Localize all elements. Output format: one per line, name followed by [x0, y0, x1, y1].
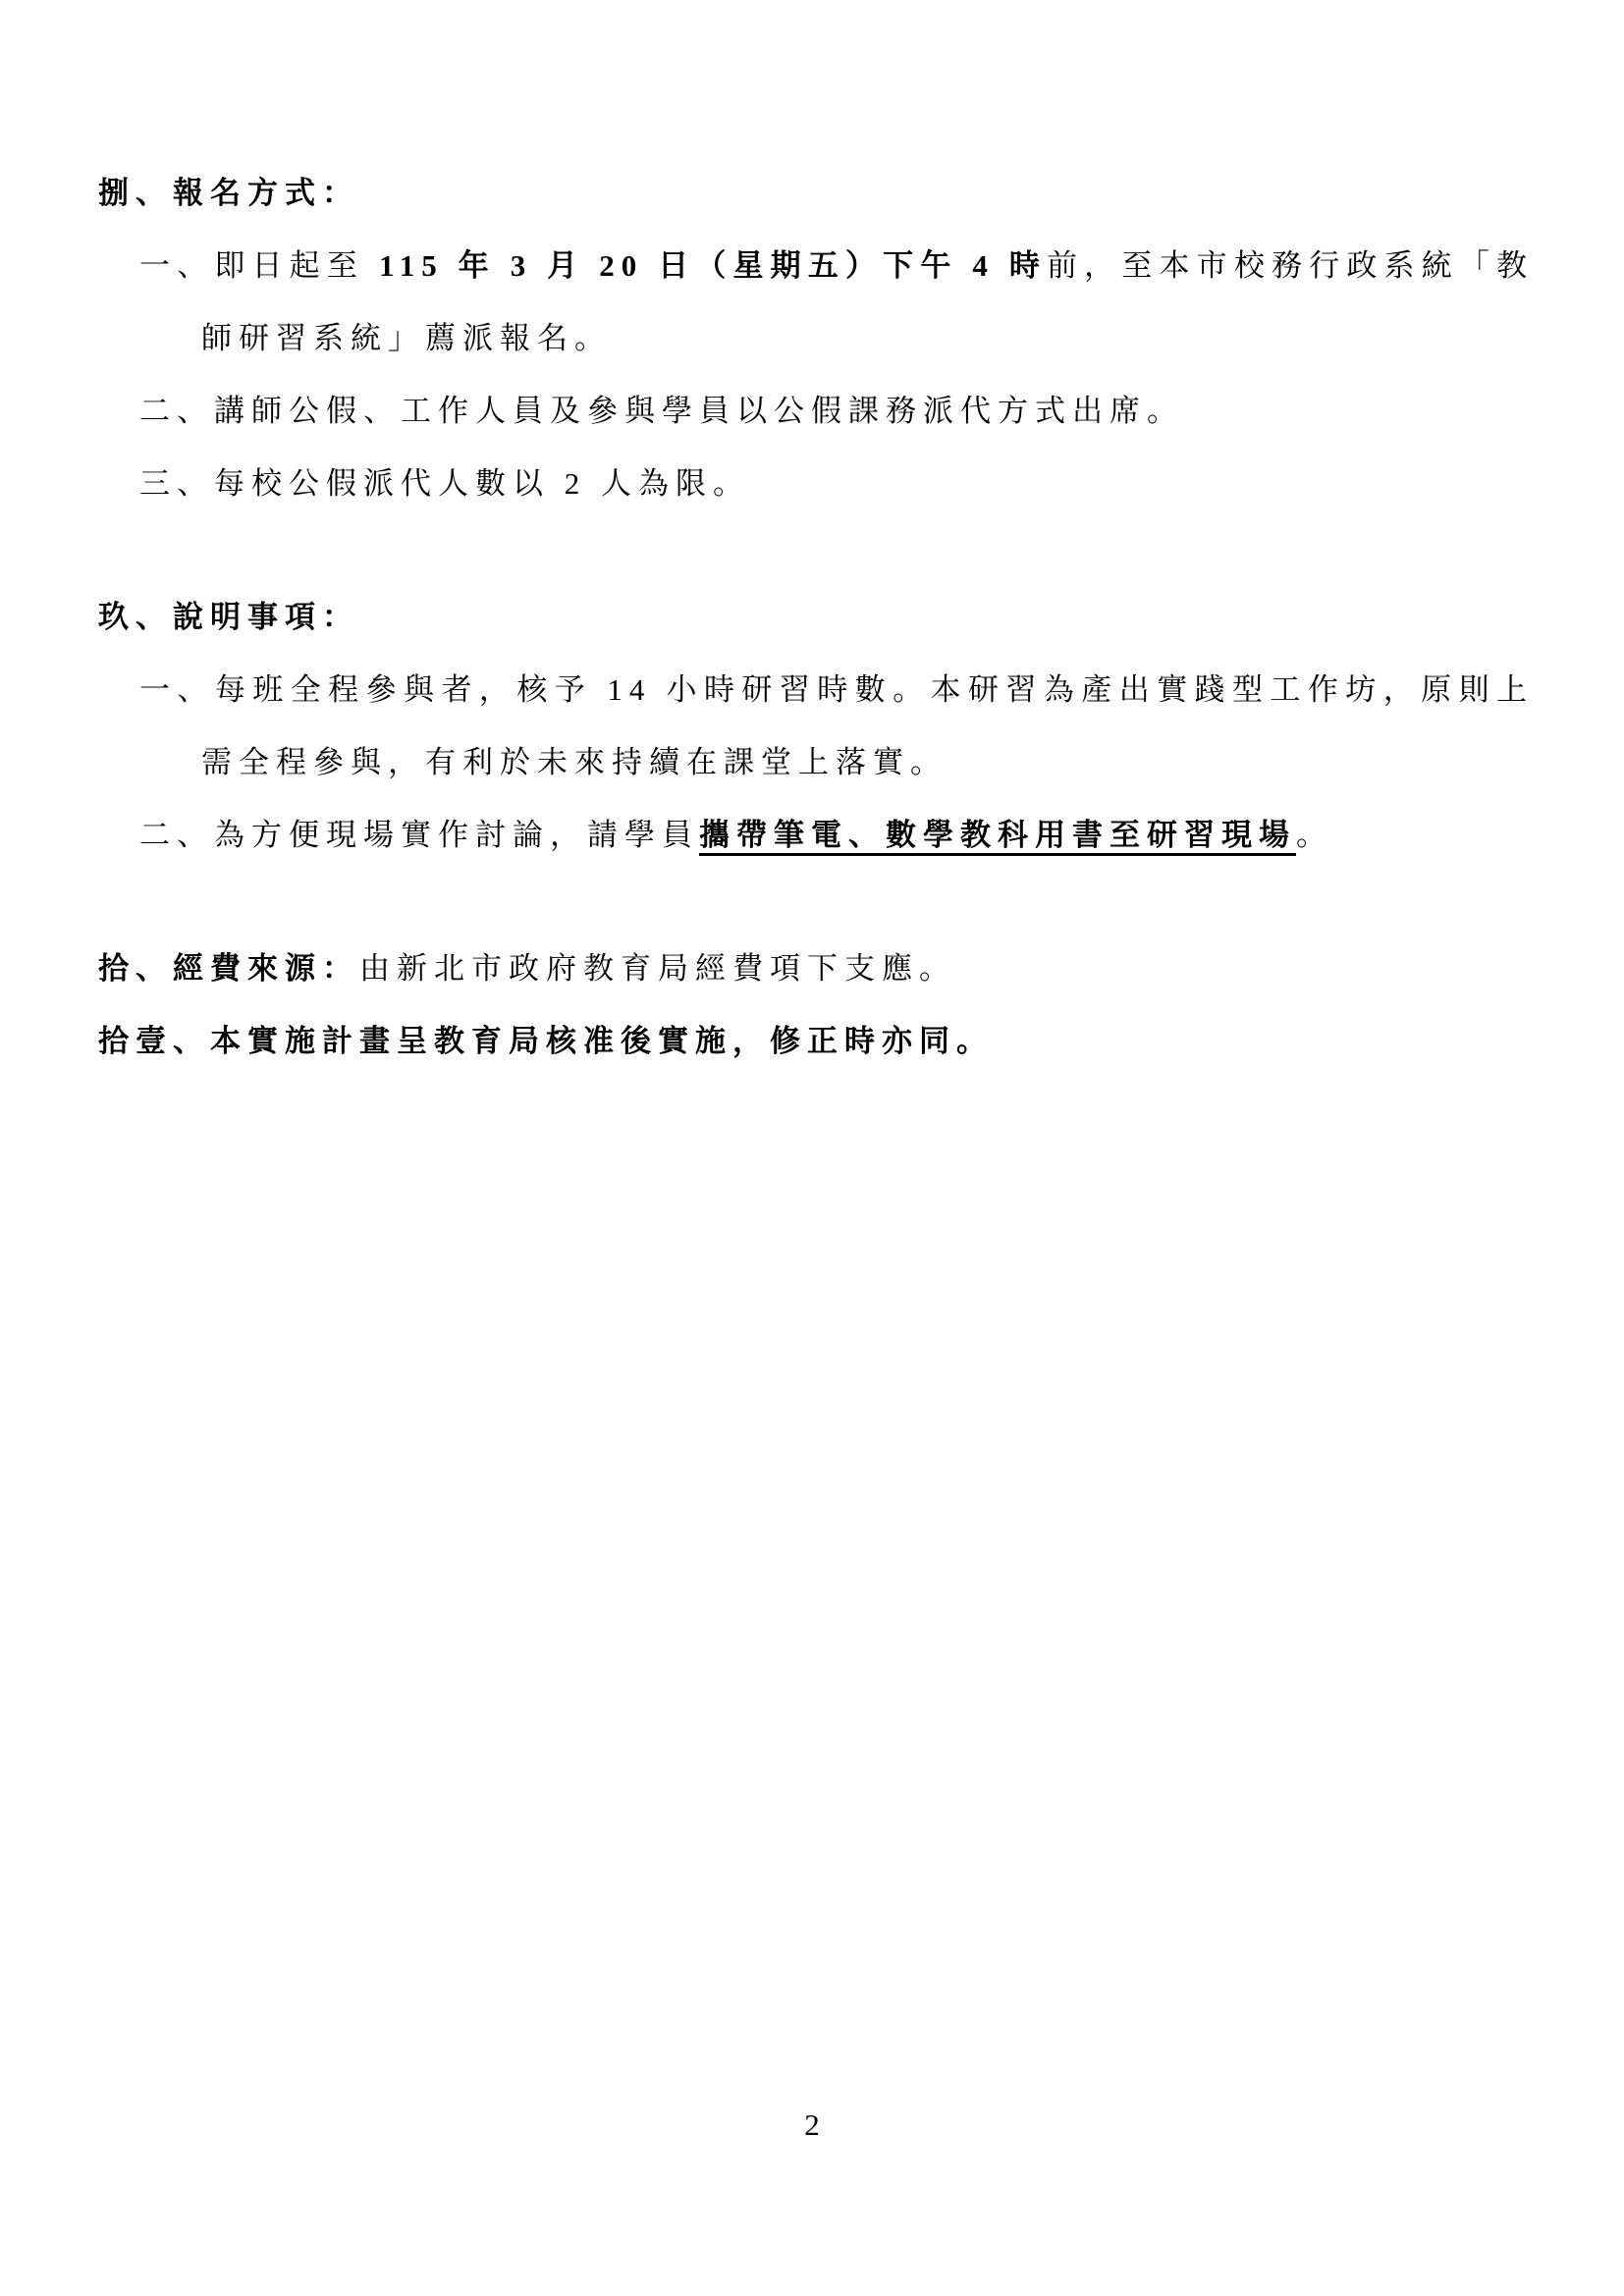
- page-number: 2: [0, 2101, 1624, 2150]
- text-segment: 115 年 3 月 20 日（星期五）下午 4 時: [379, 248, 1047, 283]
- document-page: 捌、報名方式：一、即日起至 115 年 3 月 20 日（星期五）下午 4 時前…: [0, 0, 1624, 2296]
- text-segment: 一、每班全程參與者，核予 14 小時研習時數。本研習為產出實踐型工作坊，原則上需…: [139, 672, 1534, 779]
- list-item: 一、即日起至 115 年 3 月 20 日（星期五）下午 4 時前，至本市校務行…: [201, 230, 1534, 375]
- list-item: 一、每班全程參與者，核予 14 小時研習時數。本研習為產出實踐型工作坊，原則上需…: [201, 654, 1534, 799]
- list-item: 二、講師公假、工作人員及參與學員以公假課務派代方式出席。: [201, 375, 1534, 448]
- text-segment: 攜帶筆電、數學教科用書至研習現場: [699, 818, 1296, 852]
- text-segment: 捌、報名方式：: [98, 176, 359, 210]
- text-segment: 二、講師公假、工作人員及參與學員以公假課務派代方式出席。: [139, 394, 1184, 428]
- section-heading: 拾、經費來源：由新北市政府教育局經費項下支應。: [98, 933, 1534, 1005]
- text-segment: 一、即日起至: [139, 248, 379, 283]
- text-segment: 。: [1296, 818, 1333, 852]
- section-sec9: 玖、說明事項：一、每班全程參與者，核予 14 小時研習時數。本研習為產出實踐型工…: [98, 581, 1534, 872]
- section-sec10: 拾、經費來源：由新北市政府教育局經費項下支應。: [98, 933, 1534, 1005]
- section-heading: 捌、報名方式：: [98, 157, 1534, 230]
- section-sec11: 拾壹、本實施計畫呈教育局核准後實施，修正時亦同。: [98, 1005, 1534, 1078]
- text-segment: 由新北市政府教育局經費項下支應。: [359, 951, 956, 986]
- list-item: 二、為方便現場實作討論，請學員攜帶筆電、數學教科用書至研習現場。: [201, 799, 1534, 872]
- text-segment: 玖、說明事項：: [98, 600, 359, 634]
- text-segment: 拾壹、本實施計畫呈教育局核准後實施，修正時亦同。: [98, 1024, 994, 1058]
- text-segment: 三、每校公假派代人數以 2 人為限。: [139, 466, 750, 501]
- document-body: 捌、報名方式：一、即日起至 115 年 3 月 20 日（星期五）下午 4 時前…: [98, 157, 1534, 1078]
- text-segment: 二、為方便現場實作討論，請學員: [139, 818, 699, 852]
- text-segment: 拾、經費來源：: [98, 951, 359, 986]
- section-sec8: 捌、報名方式：一、即日起至 115 年 3 月 20 日（星期五）下午 4 時前…: [98, 157, 1534, 520]
- section-heading: 拾壹、本實施計畫呈教育局核准後實施，修正時亦同。: [98, 1005, 1534, 1078]
- list-item: 三、每校公假派代人數以 2 人為限。: [201, 448, 1534, 520]
- section-heading: 玖、說明事項：: [98, 581, 1534, 654]
